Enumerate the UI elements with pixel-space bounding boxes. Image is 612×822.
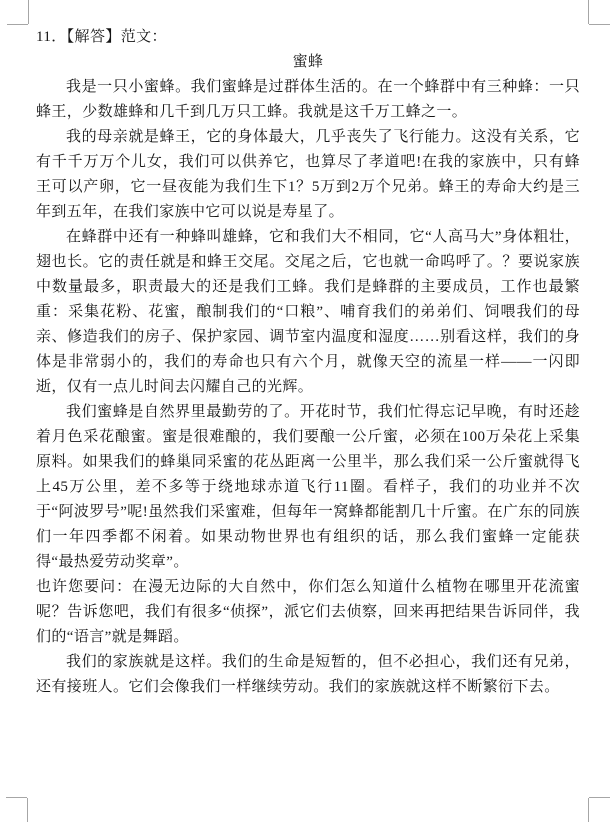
essay-paragraph: 我是一只小蜜蜂。我们蜜蜂是过群体生活的。在一个蜂群中有三种蜂：一只蜂王，少数雄蜂… <box>36 75 580 125</box>
essay-title: 蜜蜂 <box>36 50 580 75</box>
essay-paragraph: 在蜂群中还有一种蜂叫雄蜂，它和我们大不相同，它“人高马大”身体粗壮，翅也长。它的… <box>36 225 580 400</box>
essay-paragraph: 我的母亲就是蜂王，它的身体最大，几乎丧失了飞行能力。这没有关系，它有千千万万个儿… <box>36 125 580 225</box>
answer-item-label: 11．【解答】范文： <box>36 25 580 50</box>
essay-body: 我是一只小蜜蜂。我们蜜蜂是过群体生活的。在一个蜂群中有三种蜂：一只蜂王，少数雄蜂… <box>36 75 580 700</box>
essay-paragraph: 我们蜜蜂是自然界里最勤劳的了。开花时节，我们忙得忘记早晚，有时还趁着月色采花酿蜜… <box>36 400 580 575</box>
essay-paragraph: 我们的家族就是这样。我们的生命是短暂的，但不必担心，我们还有兄弟，还有接班人。它… <box>36 650 580 700</box>
document-page: 11．【解答】范文： 蜜蜂 我是一只小蜜蜂。我们蜜蜂是过群体生活的。在一个蜂群中… <box>0 0 612 822</box>
essay-paragraph: 也许您要问：在漫无边际的大自然中，你们怎么知道什么植物在哪里开花流蜜呢？告诉您吧… <box>36 575 580 650</box>
document-content: 11．【解答】范文： 蜜蜂 我是一只小蜜蜂。我们蜜蜂是过群体生活的。在一个蜂群中… <box>36 25 580 700</box>
